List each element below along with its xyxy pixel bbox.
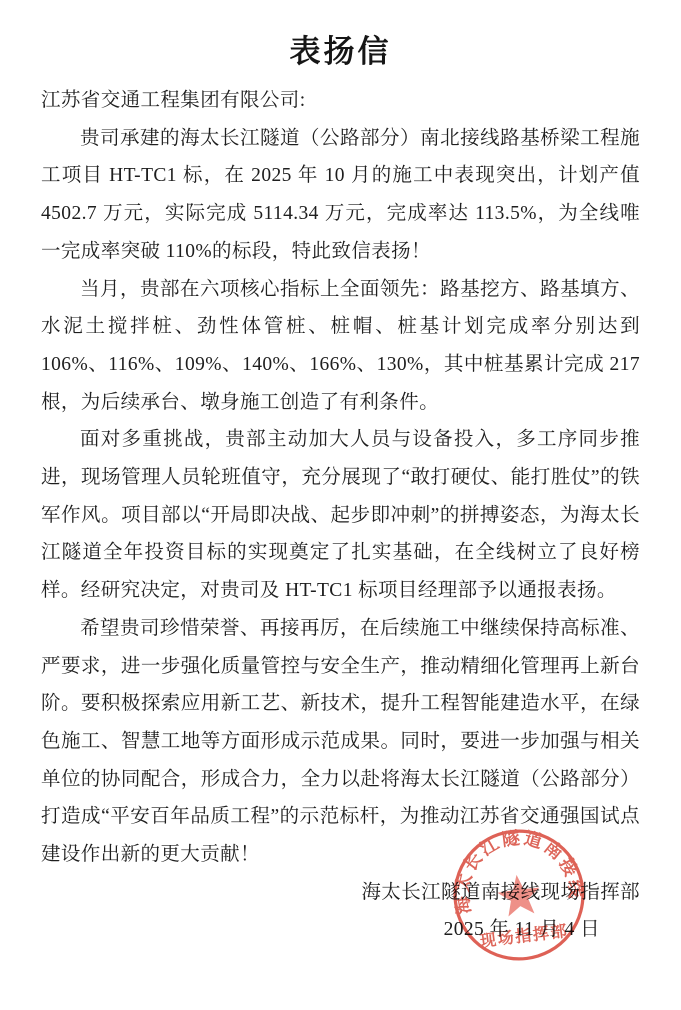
paragraph-performance: 贵司承建的海太长江隧道（公路部分）南北接线路基桥梁工程施工项目 HT-TC1 标… [41, 120, 640, 271]
greeting-line: 江苏省交通工程集团有限公司: [41, 82, 640, 120]
commendation-letter-page: 表扬信 江苏省交通工程集团有限公司: 贵司承建的海太长江隧道（公路部分）南北接线… [0, 0, 681, 1010]
letter-body: 江苏省交通工程集团有限公司: 贵司承建的海太长江隧道（公路部分）南北接线路基桥梁… [41, 82, 640, 949]
paragraph-spirit: 面对多重挑战，贵部主动加大人员与设备投入，多工序同步推进，现场管理人员轮班值守，… [41, 421, 640, 610]
letter-title: 表扬信 [0, 0, 681, 71]
paragraph-indicators: 当月，贵部在六项核心指标上全面领先：路基挖方、路基填方、水泥土搅拌桩、劲性体管桩… [41, 271, 640, 422]
date-line: 2025 年 11 月 4 日 [41, 911, 640, 949]
paragraph-expectations: 希望贵司珍惜荣誉、再接再厉，在后续施工中继续保持高标准、严要求，进一步强化质量管… [41, 610, 640, 874]
signature-line: 海太长江隧道南接线现场指挥部 [41, 874, 640, 912]
